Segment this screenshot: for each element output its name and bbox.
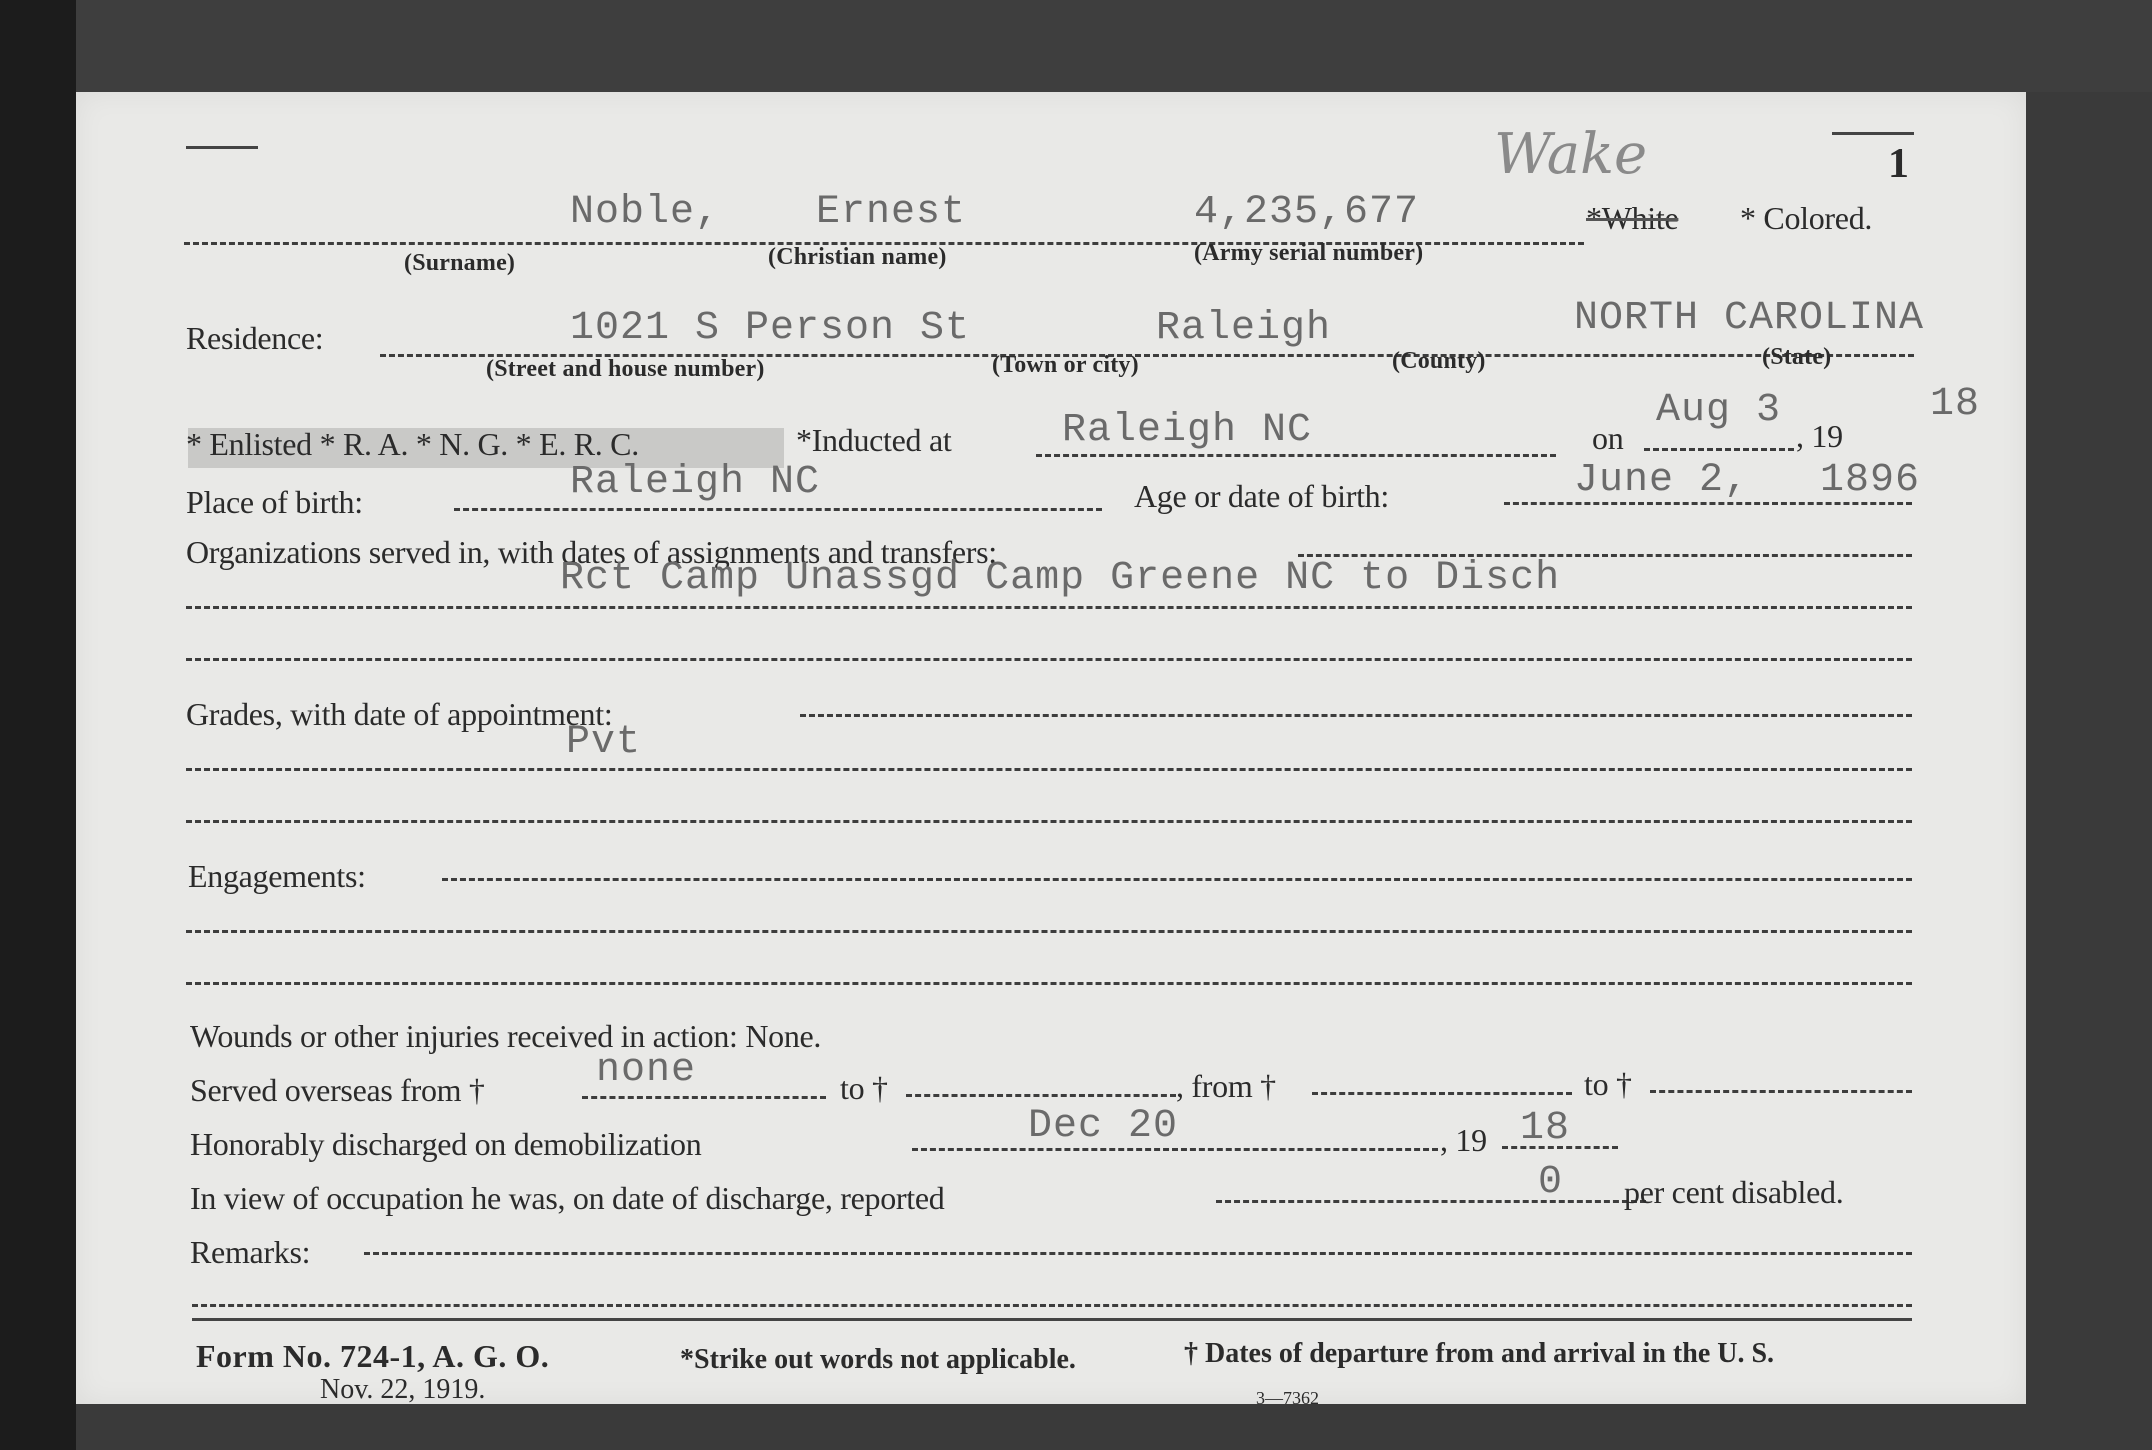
grades-line-3 bbox=[186, 820, 1912, 823]
state-label: (State) bbox=[1762, 344, 1831, 371]
grades-line-2 bbox=[186, 768, 1912, 771]
inducted-place-line bbox=[1036, 454, 1556, 457]
surname-label: (Surname) bbox=[404, 250, 515, 277]
form-date: Nov. 22, 1919. bbox=[320, 1374, 485, 1406]
discharge-date: Dec 20 bbox=[1028, 1104, 1178, 1149]
organizations-line-3 bbox=[186, 658, 1912, 661]
engagements-line-2 bbox=[186, 930, 1912, 933]
induction-date-line bbox=[1644, 448, 1794, 451]
organizations-line-2 bbox=[186, 606, 1912, 609]
inducted-at-label: *Inducted at bbox=[796, 422, 951, 459]
service-record-card: Wake 1 Noble, Ernest 4,235,677 *White * … bbox=[76, 92, 2026, 1404]
wounds-label: Wounds or other injuries received in act… bbox=[190, 1018, 821, 1055]
grades-line-1 bbox=[800, 714, 1912, 717]
christian-name-label: (Christian name) bbox=[768, 244, 947, 271]
place-of-birth-value: Raleigh NC bbox=[570, 460, 820, 505]
organizations-value: Rct Camp Unassgd Camp Greene NC to Disch bbox=[560, 556, 1560, 601]
overseas-to2-line bbox=[1650, 1090, 1912, 1093]
remarks-line-1 bbox=[364, 1252, 1912, 1255]
serial-number-label: (Army serial number) bbox=[1194, 240, 1423, 267]
dates-note: † Dates of departure from and arrival in… bbox=[1184, 1338, 1774, 1370]
disability-suffix: per cent disabled. bbox=[1624, 1174, 1843, 1211]
overseas-to2-label: to † bbox=[1584, 1066, 1632, 1103]
discharge-label: Honorably discharged on demobilization bbox=[190, 1126, 701, 1163]
place-of-birth-label: Place of birth: bbox=[186, 484, 363, 521]
residence-town: Raleigh bbox=[1156, 306, 1331, 351]
card-number: 1 bbox=[1888, 140, 1909, 188]
disability-label: In view of occupation he was, on date of… bbox=[190, 1180, 944, 1217]
grades-label: Grades, with date of appointment: bbox=[186, 696, 612, 733]
county-handwritten: Wake bbox=[1494, 122, 1647, 187]
residence-state: NORTH CAROLINA bbox=[1574, 296, 1924, 341]
print-code: 3—7362 bbox=[1256, 1388, 1319, 1409]
date-of-birth-value: June 2, bbox=[1574, 458, 1749, 503]
disability-line bbox=[1216, 1200, 1646, 1203]
induction-date: Aug 3 bbox=[1656, 388, 1781, 433]
street-label: (Street and house number) bbox=[486, 356, 765, 383]
overseas-from-value: none bbox=[596, 1048, 696, 1093]
scanner-background-left bbox=[0, 0, 76, 1450]
residence-label: Residence: bbox=[186, 320, 323, 357]
race-colored: * Colored. bbox=[1740, 200, 1872, 237]
inducted-place: Raleigh NC bbox=[1062, 408, 1312, 453]
top-left-rule bbox=[186, 146, 258, 149]
christian-name-value: Ernest bbox=[816, 190, 966, 235]
serial-number-value: 4,235,677 bbox=[1194, 190, 1419, 235]
engagements-line-1 bbox=[442, 878, 1912, 881]
overseas-to-line bbox=[906, 1094, 1176, 1097]
footer-rule bbox=[192, 1318, 1912, 1321]
birth-year-value: 1896 bbox=[1820, 458, 1920, 503]
disability-value: 0 bbox=[1538, 1160, 1563, 1205]
overseas-from-line bbox=[582, 1096, 826, 1099]
place-of-birth-line bbox=[454, 508, 1102, 511]
overseas-from2-label: , from † bbox=[1176, 1068, 1276, 1105]
induction-year-prefix: , 19 bbox=[1796, 418, 1843, 455]
overseas-from2-line bbox=[1312, 1092, 1572, 1095]
engagements-label: Engagements: bbox=[188, 858, 366, 895]
remarks-line-2 bbox=[192, 1304, 1912, 1307]
on-label: on bbox=[1592, 420, 1623, 457]
discharge-year: 18 bbox=[1520, 1106, 1570, 1151]
residence-street: 1021 S Person St bbox=[570, 306, 970, 351]
remarks-label: Remarks: bbox=[190, 1234, 310, 1271]
town-label: (Town or city) bbox=[992, 352, 1139, 379]
county-label: (County) bbox=[1392, 348, 1486, 375]
grades-value: Pvt bbox=[566, 720, 641, 765]
served-overseas-label: Served overseas from † bbox=[190, 1072, 485, 1109]
overseas-to-label: to † bbox=[840, 1070, 888, 1107]
induction-year: 18 bbox=[1930, 382, 1980, 427]
strike-out-note: *Strike out words not applicable. bbox=[680, 1344, 1076, 1376]
engagements-line-3 bbox=[186, 982, 1912, 985]
card-number-rule bbox=[1832, 132, 1914, 135]
form-number: Form No. 724-1, A. G. O. bbox=[196, 1338, 549, 1375]
race-white-struck: *White bbox=[1586, 200, 1678, 237]
date-of-birth-label: Age or date of birth: bbox=[1134, 478, 1389, 515]
scanner-background-top bbox=[76, 0, 2152, 92]
surname-value: Noble, bbox=[570, 190, 720, 235]
discharge-year-prefix: , 19 bbox=[1440, 1122, 1487, 1159]
enlisted-options-label: * Enlisted * R. A. * N. G. * E. R. C. bbox=[186, 426, 639, 463]
